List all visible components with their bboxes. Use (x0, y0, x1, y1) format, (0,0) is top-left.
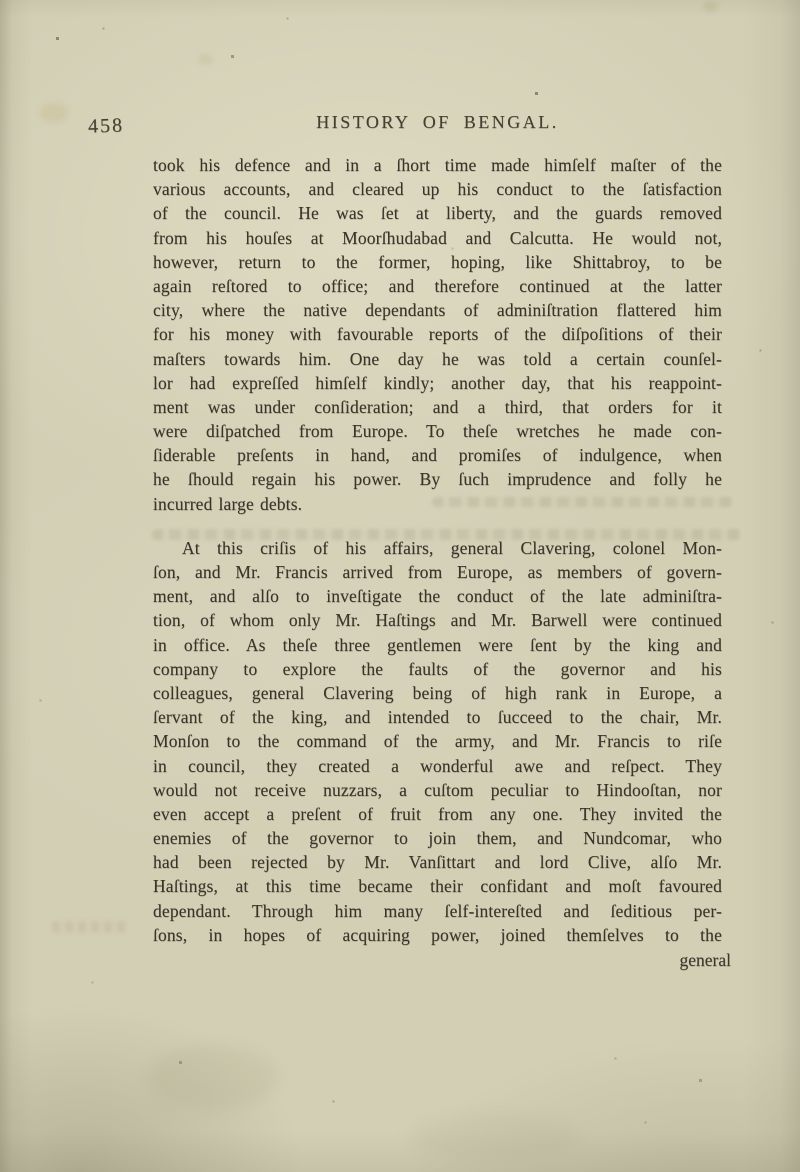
text-line: ment was under conſideration; and a thir… (153, 395, 722, 419)
paper-stain (703, 1, 718, 12)
paper-stain (410, 1115, 580, 1160)
paragraph: took his defence and in a ſhort time mad… (153, 153, 722, 516)
running-head: HISTORY OF BENGAL. (153, 112, 722, 133)
text-line: ment, and alſo to inveſtigate the conduc… (153, 584, 722, 608)
text-line: in council, they created a wonderful awe… (153, 754, 722, 778)
text-line: for his money with favourable reports of… (153, 322, 722, 346)
text-line: various accounts, and cleared up his con… (153, 177, 722, 201)
text-line: of the council. He was ſet at liberty, a… (153, 201, 722, 225)
text-line: however, return to the former, hoping, l… (153, 250, 722, 274)
text-line: ſiderable preſents in hand, and promiſes… (153, 443, 722, 467)
body-text: took his defence and in a ſhort time mad… (153, 153, 722, 947)
paper-stain (40, 103, 68, 122)
text-line: city, where the native dependants of adm… (153, 298, 722, 322)
paper-stain (148, 1045, 278, 1110)
text-line: from his houſes at Moorſhudabad and Calc… (153, 226, 722, 250)
text-line: enemies of the governor to join them, an… (153, 826, 722, 850)
text-line: were diſpatched from Europe. To theſe wr… (153, 419, 722, 443)
paragraph: At this criſis of his affairs, general C… (153, 536, 722, 947)
text-line: colleagues, general Clavering being of h… (153, 681, 722, 705)
bleed-through-smudge (152, 529, 742, 540)
bleed-through-smudge (432, 497, 734, 507)
paper-stain (198, 54, 213, 65)
page-number: 458 (88, 114, 125, 138)
text-line: in office. As theſe three gentlemen were… (153, 633, 722, 657)
text-line: he ſhould regain his power. By ſuch impr… (153, 467, 722, 491)
bleed-through-margin-note (52, 921, 128, 933)
text-line: ſons, in hopes of acquiring power, joine… (153, 923, 722, 947)
text-line: again reſtored to office; and therefore … (153, 274, 722, 298)
text-line: had been rejected by Mr. Vanſittart and … (153, 850, 722, 874)
text-line: even accept a preſent of fruit from any … (153, 802, 722, 826)
text-line: ſervant of the king, and intended to ſuc… (153, 705, 722, 729)
text-line: tion, of whom only Mr. Haſtings and Mr. … (153, 608, 722, 632)
text-line: Haſtings, at this time became their conf… (153, 874, 722, 898)
text-line: company to explore the faults of the gov… (153, 657, 722, 681)
book-page-scan: 458 HISTORY OF BENGAL. took his defence … (0, 0, 800, 1172)
text-line: Monſon to the command of the army, and M… (153, 729, 722, 753)
text-line: dependant. Through him many ſelf-intereſ… (153, 899, 722, 923)
catchword: general (153, 948, 731, 972)
text-line: lor had expreſſed himſelf kindly; anothe… (153, 371, 722, 395)
text-line: took his defence and in a ſhort time mad… (153, 153, 722, 177)
paper-specks (0, 0, 1, 1)
text-line: maſters towards him. One day he was told… (153, 347, 722, 371)
text-line: would not receive nuzzars, a cuſtom pecu… (153, 778, 722, 802)
text-line: ſon, and Mr. Francis arrived from Europe… (153, 560, 722, 584)
